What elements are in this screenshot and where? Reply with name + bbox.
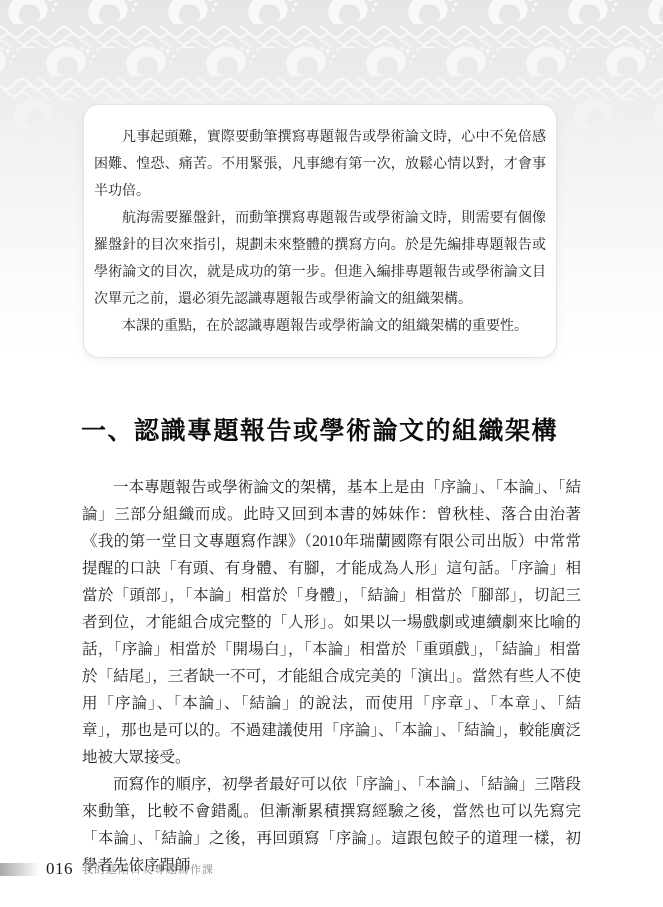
page-footer: 016 我的進階日文專題寫作課 (0, 856, 663, 882)
book-title: 我的進階日文專題寫作課 (82, 861, 214, 877)
body-text: 一本專題報告或學術論文的架構，基本上是由「序論」、「本論」、「結論」三部分組織而… (82, 474, 581, 879)
intro-paragraph: 本課的重點，在於認識專題報告或學術論文的組織架構的重要性。 (94, 313, 546, 340)
footer-bar (0, 863, 40, 876)
book-page: 凡事起頭難，實際要動筆撰寫專題報告或學術論文時，心中不免倍感困難、惶恐、痛苦。不… (0, 0, 663, 907)
section-heading: 一、認識專題報告或學術論文的組織架構 (81, 413, 581, 450)
page-number: 016 (46, 859, 73, 879)
intro-paragraph: 凡事起頭難，實際要動筆撰寫專題報告或學術論文時，心中不免倍感困難、惶恐、痛苦。不… (94, 124, 546, 205)
intro-box: 凡事起頭難，實際要動筆撰寫專題報告或學術論文時，心中不免倍感困難、惶恐、痛苦。不… (83, 104, 557, 358)
body-paragraph: 一本專題報告或學術論文的架構，基本上是由「序論」、「本論」、「結論」三部分組織而… (82, 474, 581, 771)
intro-paragraph: 航海需要羅盤針，而動筆撰寫專題報告或學術論文時，則需要有個像羅盤針的目次來指引，… (94, 205, 546, 313)
